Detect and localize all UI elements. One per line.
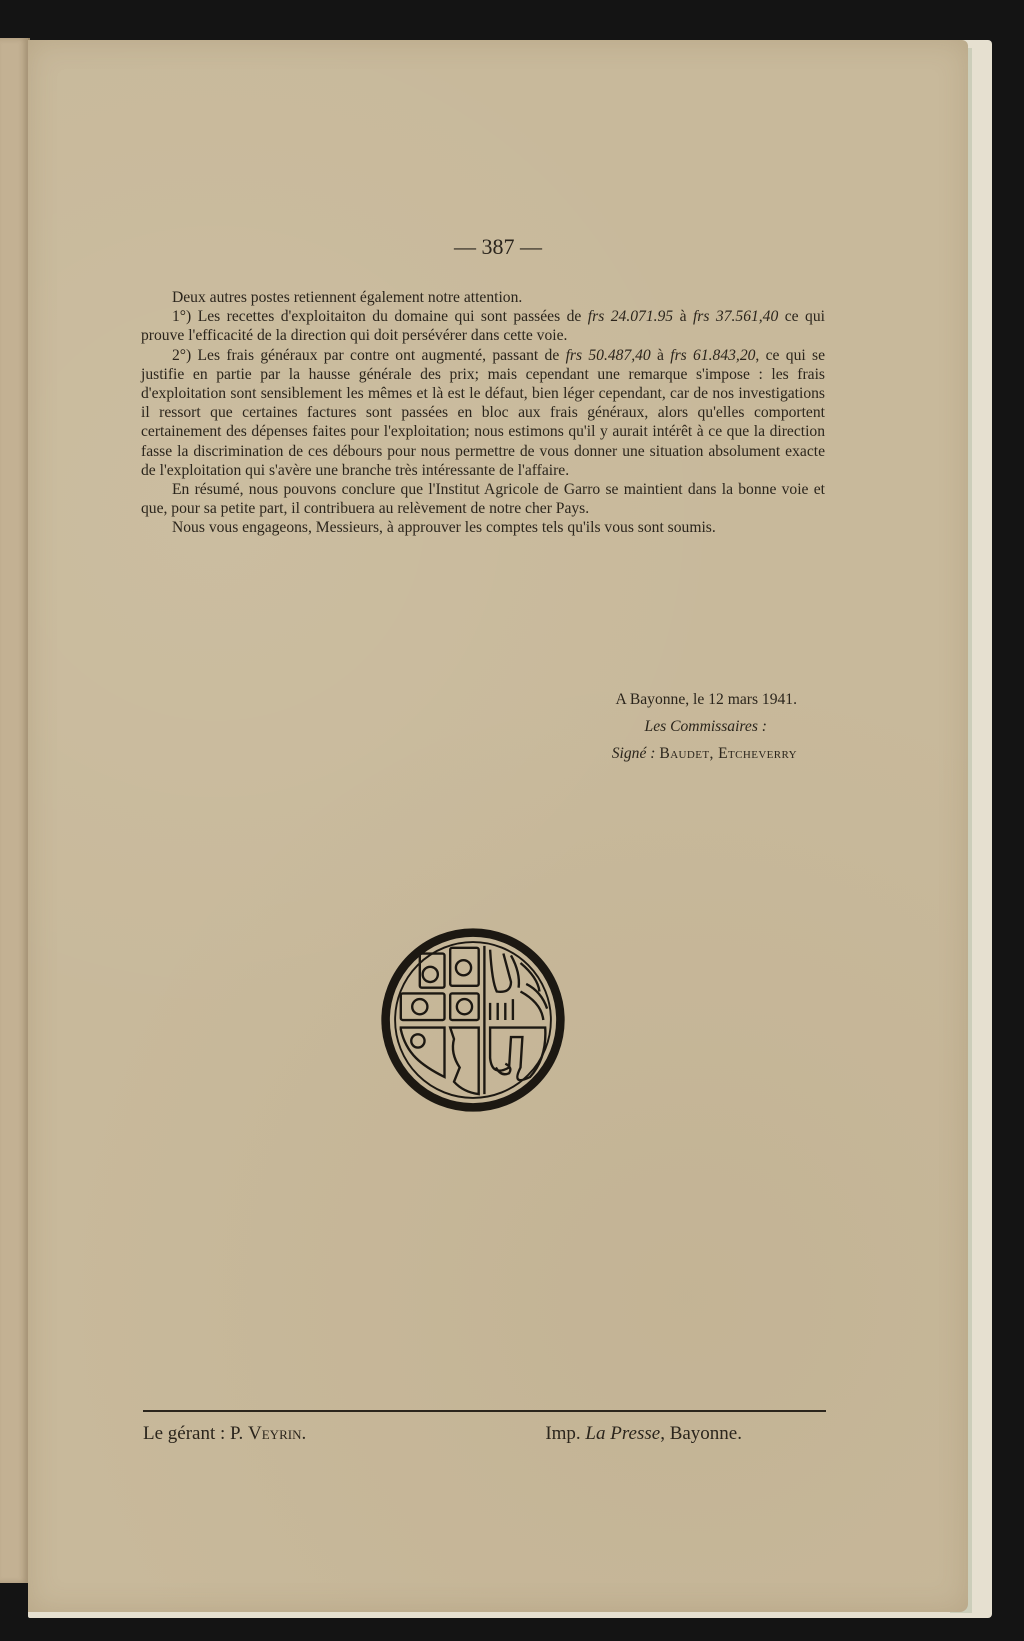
paragraph-intro: Deux autres postes retiennent également …: [141, 288, 825, 307]
paragraph-conclusion: Nous vous engageons, Messieurs, à approu…: [141, 518, 825, 537]
body-text: Deux autres postes retiennent également …: [141, 288, 825, 538]
circular-emblem-icon: [378, 925, 568, 1115]
amount: frs 50.487,40: [566, 347, 651, 364]
place-date: A Bayonne, le 12 mars 1941.: [612, 686, 797, 713]
commissaires-label: Les Commissaires :: [612, 713, 797, 740]
page-number: — 387 —: [28, 234, 968, 260]
paragraph-frais-generaux: 2°) Les frais généraux par contre ont au…: [141, 346, 825, 480]
amount: frs 24.071.95: [588, 308, 673, 325]
signed-label: Signé :: [612, 745, 656, 762]
footer-divider: [143, 1410, 826, 1412]
paragraph-recettes: 1°) Les recettes d'exploitaiton du domai…: [141, 307, 825, 345]
paragraph-resume: En résumé, nous pouvons conclure que l'I…: [141, 480, 825, 518]
amount: frs 61.843,20: [670, 347, 755, 364]
printer-name: La Presse: [585, 1423, 660, 1444]
footer-gerant: Le gérant : P. Veyrin.: [143, 1423, 306, 1445]
amount: frs 37.561,40: [693, 308, 778, 325]
footer-printer: Imp. La Presse, Bayonne.: [545, 1423, 742, 1445]
signatures: Signé : Baudet, Etcheverry: [612, 740, 797, 767]
gerant-name: Veyrin.: [248, 1423, 306, 1444]
signature-block: A Bayonne, le 12 mars 1941. Les Commissa…: [612, 686, 797, 767]
signatory-names: Baudet, Etcheverry: [659, 745, 797, 762]
document-page: — 387 — Deux autres postes retiennent ég…: [28, 40, 968, 1612]
adjacent-page-edge: [0, 38, 30, 1583]
